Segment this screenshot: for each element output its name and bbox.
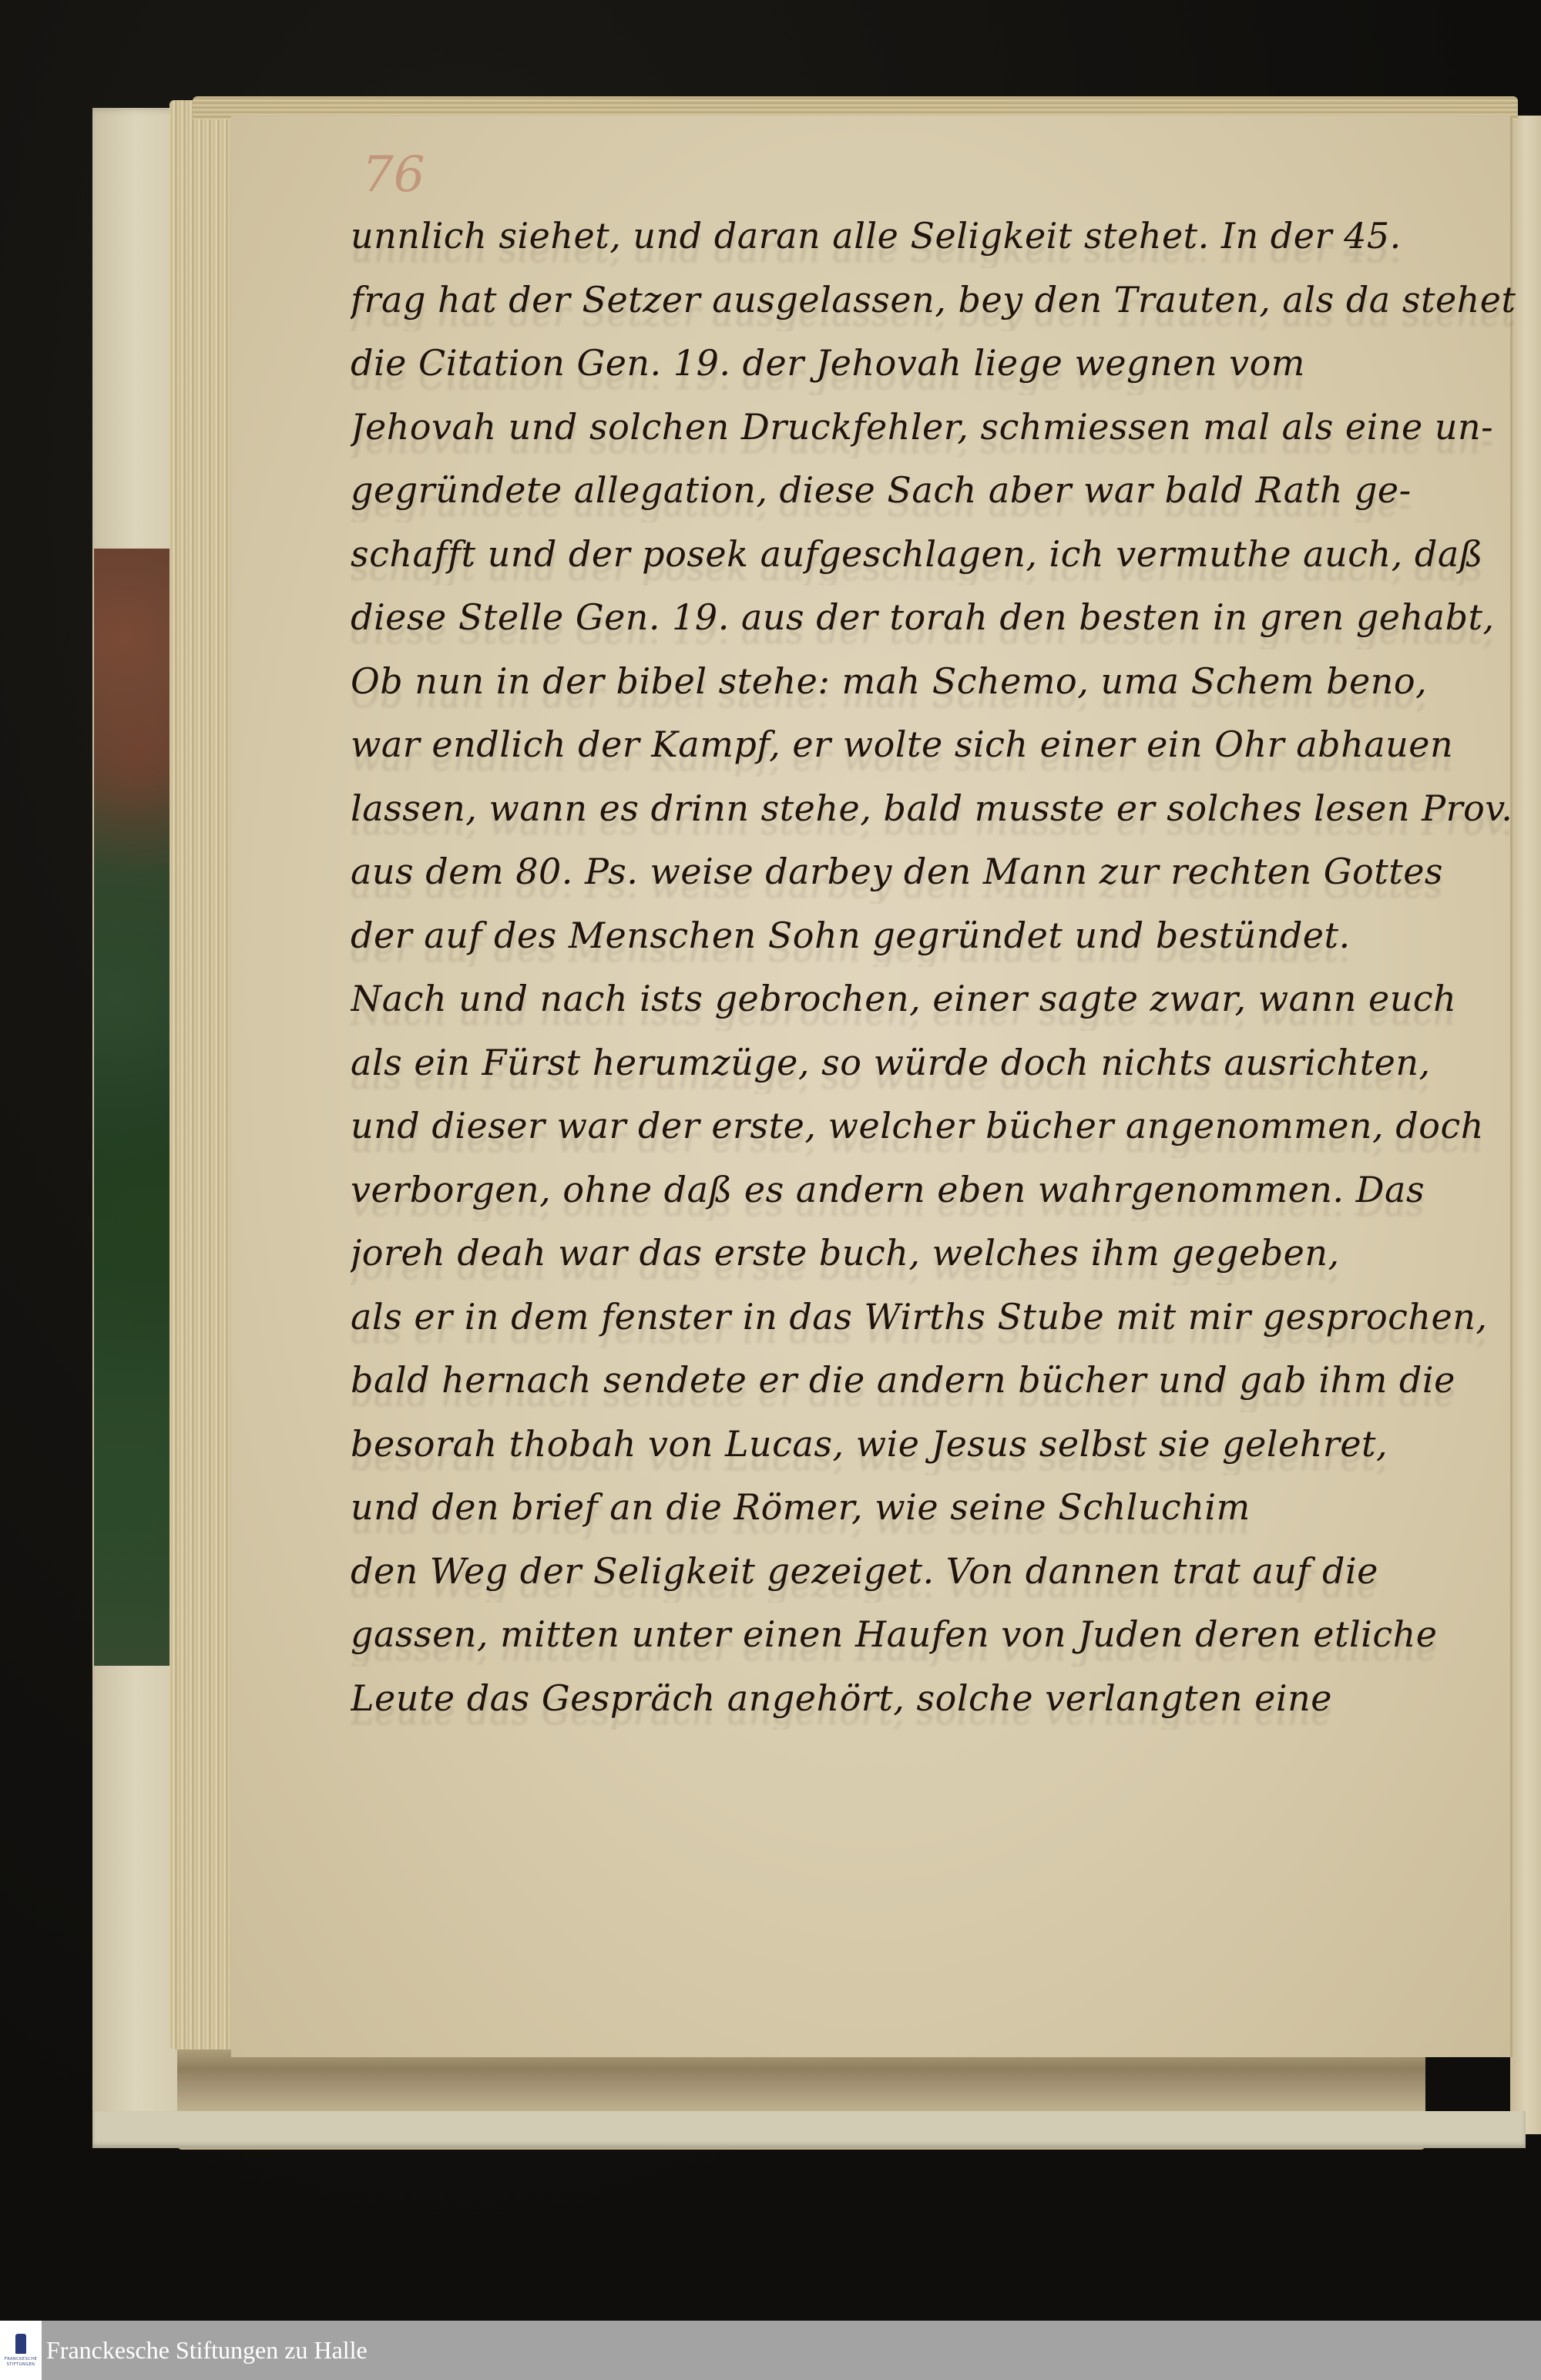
text-line: schafft und der posek aufgeschlagen, ich… [351, 522, 1522, 586]
text-line: der auf des Menschen Sohn gegründet und … [351, 904, 1522, 968]
text-line: Jehovah und solchen Druckfehler, schmies… [351, 395, 1522, 459]
text-line: Ob nun in der bibel stehe: mah Schemo, u… [351, 650, 1522, 713]
text-line: frag hat der Setzer ausgelassen, bey den… [351, 268, 1522, 332]
text-line: diese Stelle Gen. 19. aus der torah den … [351, 586, 1522, 650]
text-line: und dieser war der erste, welcher bücher… [351, 1094, 1522, 1158]
text-line: aus dem 80. Ps. weise darbey den Mann zu… [351, 840, 1522, 904]
institution-name: Franckesche Stiftungen zu Halle [46, 2336, 368, 2365]
handwritten-text-block: unnlich siehet, und daran alle Seligkeit… [351, 204, 1522, 1730]
text-line: den Weg der Seligkeit gezeiget. Von dann… [351, 1539, 1522, 1603]
marbled-endpaper [94, 549, 170, 1666]
text-line: joreh deah war das erste buch, welches i… [351, 1221, 1522, 1285]
logo-caption-line1: FRANCKESCHE [5, 2357, 37, 2362]
text-line: verborgen, ohne daß es andern eben wahrg… [351, 1158, 1522, 1222]
text-line: als er in dem fenster in das Wirths Stub… [351, 1285, 1522, 1349]
text-line: die Citation Gen. 19. der Jehovah liege … [351, 331, 1522, 395]
text-line: war endlich der Kampf, er wolte sich ein… [351, 713, 1522, 777]
text-line: und den brief an die Römer, wie seine Sc… [351, 1475, 1522, 1539]
text-line: als ein Fürst herumzüge, so würde doch n… [351, 1031, 1522, 1095]
statue-logo-icon [15, 2334, 26, 2354]
text-line: Nach und nach ists gebrochen, einer sagt… [351, 967, 1522, 1031]
text-line: lassen, wann es drinn stehe, bald musste… [351, 777, 1522, 841]
text-line: unnlich siehet, und daran alle Seligkeit… [351, 204, 1522, 268]
logo-caption: FRANCKESCHE STIFTUNGEN [5, 2357, 37, 2368]
text-line: gegründete allegation, diese Sach aber w… [351, 458, 1522, 522]
vellum-cover-bottom [92, 2111, 1526, 2148]
text-line: Leute das Gespräch angehört, solche verl… [351, 1667, 1522, 1730]
institution-footer-bar: FRANCKESCHE STIFTUNGEN Franckesche Stift… [0, 2321, 1541, 2380]
text-line: bald hernach sendete er die andern büche… [351, 1348, 1522, 1412]
text-line: besorah thobah von Lucas, wie Jesus selb… [351, 1412, 1522, 1476]
institution-logo: FRANCKESCHE STIFTUNGEN [0, 2321, 42, 2380]
logo-caption-line2: STIFTUNGEN [5, 2362, 37, 2368]
text-line: gassen, mitten unter einen Haufen von Ju… [351, 1603, 1522, 1667]
